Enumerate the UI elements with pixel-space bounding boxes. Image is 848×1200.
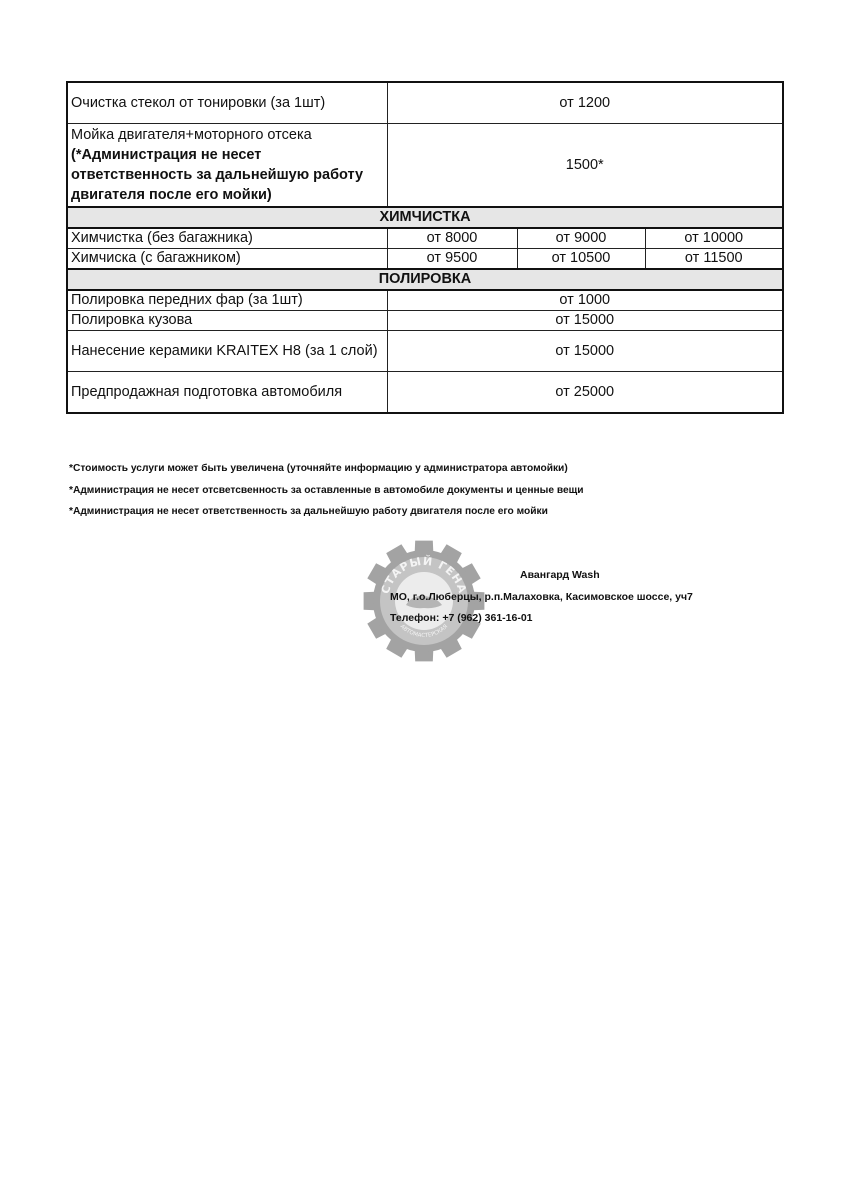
- footnote: *Администрация не несет ответственность …: [69, 505, 584, 527]
- service-name: Полировка передних фар (за 1шт): [67, 290, 387, 311]
- footnote: *Стоимость услуги может быть увеличена (…: [69, 462, 584, 484]
- service-price: от 25000: [387, 372, 783, 414]
- company-phone: Телефон: +7 (962) 361-16-01: [390, 612, 533, 624]
- section-header: ХИМЧИСТКА: [67, 207, 783, 228]
- section-header: ПОЛИРОВКА: [67, 269, 783, 290]
- service-name: Мойка двигателя+моторного отсека (*Админ…: [67, 124, 387, 208]
- service-price: от 15000: [387, 311, 783, 331]
- service-name-text: Мойка двигателя+моторного отсека: [71, 127, 312, 143]
- service-price: 1500*: [387, 124, 783, 208]
- footnote: *Администрация не несет отсветсвенность …: [69, 484, 584, 506]
- table-row: Полировка кузова от 15000: [67, 311, 783, 331]
- service-name: Предпродажная подготовка автомобиля: [67, 372, 387, 414]
- table-row: Химчиска (с багажником) от 9500 от 10500…: [67, 249, 783, 270]
- table-row: Химчистка (без багажника) от 8000 от 900…: [67, 228, 783, 249]
- service-price: от 1000: [387, 290, 783, 311]
- service-name: Химчиска (с багажником): [67, 249, 387, 270]
- table-row: Предпродажная подготовка автомобиля от 2…: [67, 372, 783, 414]
- service-name: Полировка кузова: [67, 311, 387, 331]
- table-row: Нанесение керамики KRAITEX H8 (за 1 слой…: [67, 331, 783, 372]
- service-name: Нанесение керамики KRAITEX H8 (за 1 слой…: [67, 331, 387, 372]
- service-price: от 15000: [387, 331, 783, 372]
- service-note: (*Администрация не несет ответственность…: [71, 147, 363, 203]
- service-price: от 10000: [645, 228, 783, 249]
- footnotes: *Стоимость услуги может быть увеличена (…: [69, 462, 584, 527]
- company-address: МО, г.о.Люберцы, р.п.Малаховка, Касимовс…: [390, 591, 693, 603]
- section-title: ПОЛИРОВКА: [67, 269, 783, 290]
- service-price: от 8000: [387, 228, 517, 249]
- table-row: Полировка передних фар (за 1шт) от 1000: [67, 290, 783, 311]
- service-name: Очистка стекол от тонировки (за 1шт): [67, 82, 387, 124]
- service-price: от 11500: [645, 249, 783, 270]
- service-price: от 9000: [517, 228, 645, 249]
- service-price: от 1200: [387, 82, 783, 124]
- service-price: от 9500: [387, 249, 517, 270]
- table-row: Мойка двигателя+моторного отсека (*Админ…: [67, 124, 783, 208]
- service-name: Химчистка (без багажника): [67, 228, 387, 249]
- table-row: Очистка стекол от тонировки (за 1шт) от …: [67, 82, 783, 124]
- company-name: Авангард Wash: [520, 569, 600, 581]
- service-price: от 10500: [517, 249, 645, 270]
- price-table: Очистка стекол от тонировки (за 1шт) от …: [66, 81, 784, 414]
- section-title: ХИМЧИСТКА: [67, 207, 783, 228]
